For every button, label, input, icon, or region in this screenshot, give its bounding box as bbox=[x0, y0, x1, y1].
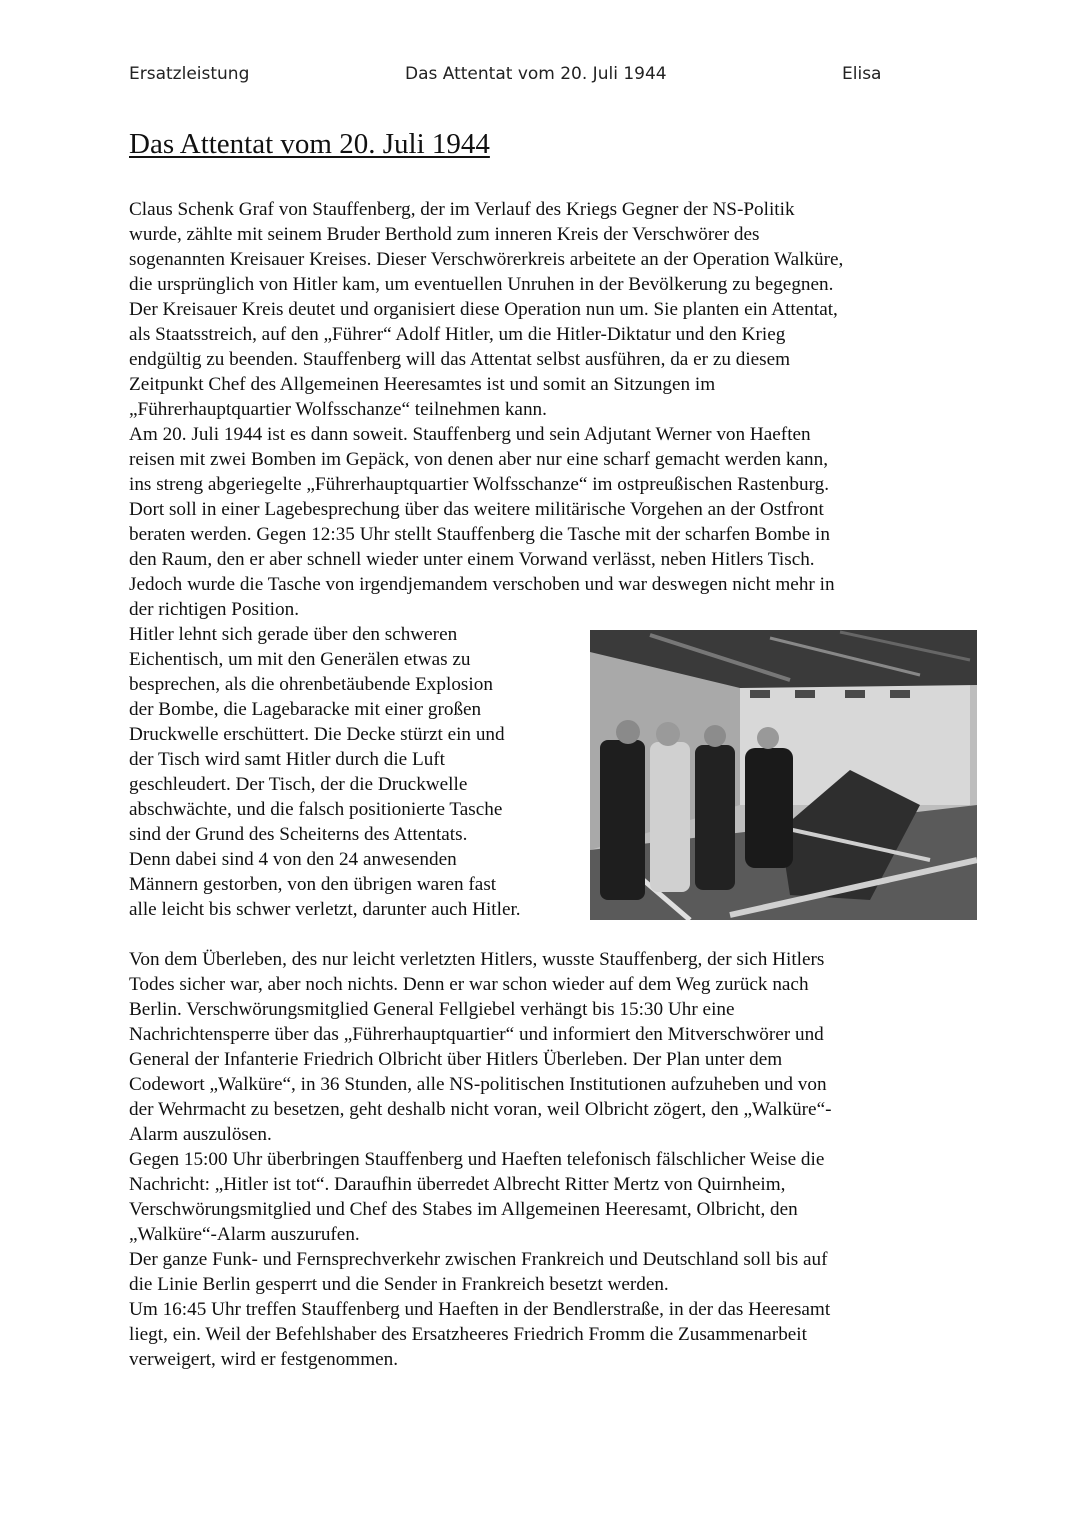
text-line: Der Kreisauer Kreis deutet und organisie… bbox=[129, 297, 843, 322]
text-line: Denn dabei sind 4 von den 24 anwesenden bbox=[129, 847, 521, 872]
text-line: Männern gestorben, von den übrigen waren… bbox=[129, 872, 521, 897]
text-line: Nachrichtensperre über das „Führerhauptq… bbox=[129, 1022, 831, 1047]
photo-illustration bbox=[590, 630, 977, 920]
text-line: Druckwelle erschüttert. Die Decke stürzt… bbox=[129, 722, 521, 747]
aftermath-paragraph: Von dem Überleben, des nur leicht verlet… bbox=[129, 947, 831, 1372]
document-title: Das Attentat vom 20. Juli 1944 bbox=[129, 128, 490, 161]
text-line: reisen mit zwei Bomben im Gepäck, von de… bbox=[129, 447, 843, 472]
header-author: Elisa bbox=[842, 64, 881, 84]
text-line: der Tisch wird samt Hitler durch die Luf… bbox=[129, 747, 521, 772]
text-line: der richtigen Position. bbox=[129, 597, 843, 622]
intro-paragraph: Claus Schenk Graf von Stauffenberg, der … bbox=[129, 197, 843, 622]
text-line: als Staatsstreich, auf den „Führer“ Adol… bbox=[129, 322, 843, 347]
text-line: sogenannten Kreisauer Kreises. Dieser Ve… bbox=[129, 247, 843, 272]
text-line: die Linie Berlin gesperrt und die Sender… bbox=[129, 1272, 831, 1297]
header-label-center: Das Attentat vom 20. Juli 1944 bbox=[405, 64, 667, 84]
text-line: Von dem Überleben, des nur leicht verlet… bbox=[129, 947, 831, 972]
text-line: beraten werden. Gegen 12:35 Uhr stellt S… bbox=[129, 522, 843, 547]
text-line: Eichentisch, um mit den Generälen etwas … bbox=[129, 647, 521, 672]
text-line: Codewort „Walküre“, in 36 Stunden, alle … bbox=[129, 1072, 831, 1097]
text-line: Zeitpunkt Chef des Allgemeinen Heeresamt… bbox=[129, 372, 843, 397]
text-line: Um 16:45 Uhr treffen Stauffenberg und Ha… bbox=[129, 1297, 831, 1322]
text-line: liegt, ein. Weil der Befehlshaber des Er… bbox=[129, 1322, 831, 1347]
text-line: verweigert, wird er festgenommen. bbox=[129, 1347, 831, 1372]
text-line: General der Infanterie Friedrich Olbrich… bbox=[129, 1047, 831, 1072]
text-line: abschwächte, und die falsch positioniert… bbox=[129, 797, 521, 822]
text-line: Alarm auszulösen. bbox=[129, 1122, 831, 1147]
text-line: wurde, zählte mit seinem Bruder Berthold… bbox=[129, 222, 843, 247]
text-line: endgültig zu beenden. Stauffenberg will … bbox=[129, 347, 843, 372]
text-line: „Führerhauptquartier Wolfsschanze“ teiln… bbox=[129, 397, 843, 422]
text-line: Claus Schenk Graf von Stauffenberg, der … bbox=[129, 197, 843, 222]
text-line: sind der Grund des Scheiterns des Attent… bbox=[129, 822, 521, 847]
text-line: Der ganze Funk- und Fernsprechverkehr zw… bbox=[129, 1247, 831, 1272]
text-line: geschleudert. Der Tisch, der die Druckwe… bbox=[129, 772, 521, 797]
text-line: der Wehrmacht zu besetzen, geht deshalb … bbox=[129, 1097, 831, 1122]
historical-photo bbox=[590, 630, 977, 920]
text-line: die ursprünglich von Hitler kam, um even… bbox=[129, 272, 843, 297]
header-label-left: Ersatzleistung bbox=[129, 64, 249, 84]
text-line: „Walküre“-Alarm auszurufen. bbox=[129, 1222, 831, 1247]
text-line: Nachricht: „Hitler ist tot“. Daraufhin ü… bbox=[129, 1172, 831, 1197]
text-line: Hitler lehnt sich gerade über den schwer… bbox=[129, 622, 521, 647]
explosion-paragraph: Hitler lehnt sich gerade über den schwer… bbox=[129, 622, 521, 922]
text-line: Dort soll in einer Lagebesprechung über … bbox=[129, 497, 843, 522]
text-line: besprechen, als die ohrenbetäubende Expl… bbox=[129, 672, 521, 697]
page-header: Ersatzleistung Das Attentat vom 20. Juli… bbox=[0, 64, 1080, 92]
text-line: Todes sicher war, aber noch nichts. Denn… bbox=[129, 972, 831, 997]
text-line: Berlin. Verschwörungsmitglied General Fe… bbox=[129, 997, 831, 1022]
text-line: alle leicht bis schwer verletzt, darunte… bbox=[129, 897, 521, 922]
text-line: Gegen 15:00 Uhr überbringen Stauffenberg… bbox=[129, 1147, 831, 1172]
text-line: Verschwörungsmitglied und Chef des Stabe… bbox=[129, 1197, 831, 1222]
text-line: Jedoch wurde die Tasche von irgendjemand… bbox=[129, 572, 843, 597]
text-line: ins streng abgeriegelte „Führerhauptquar… bbox=[129, 472, 843, 497]
text-line: der Bombe, die Lagebaracke mit einer gro… bbox=[129, 697, 521, 722]
text-line: den Raum, den er aber schnell wieder unt… bbox=[129, 547, 843, 572]
text-line: Am 20. Juli 1944 ist es dann soweit. Sta… bbox=[129, 422, 843, 447]
